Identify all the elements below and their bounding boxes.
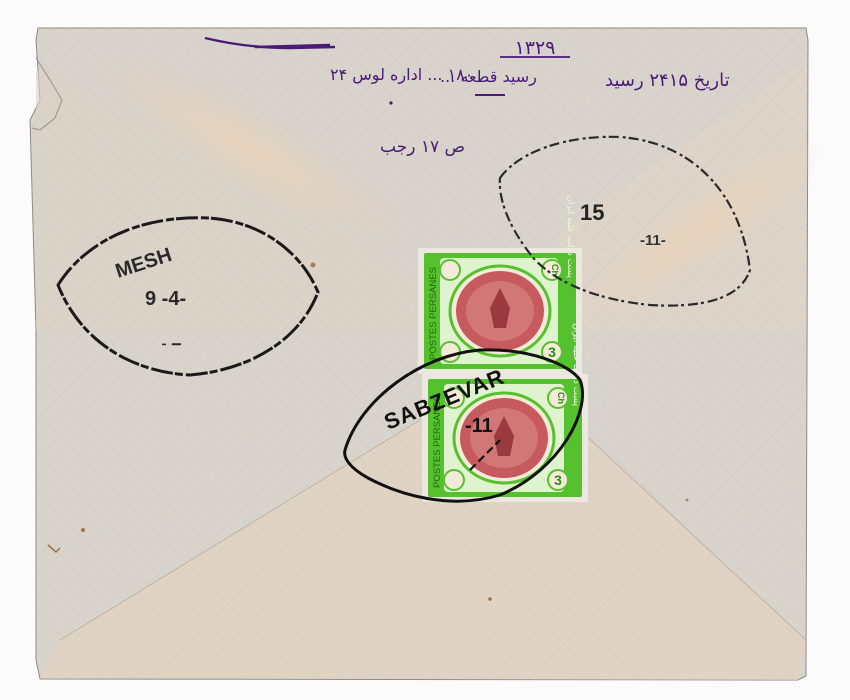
postmark-month: -11- — [640, 232, 666, 249]
stamp-persian-text: پست دولت علیه ایران — [565, 195, 575, 278]
stamp-unit: Ch — [550, 264, 560, 276]
postmark-day: 15 — [580, 200, 604, 225]
stamp-unit: Ch — [556, 392, 566, 404]
stamp-denomination: 3 — [548, 344, 556, 360]
stamp-denomination: 3 — [554, 472, 562, 488]
handwriting-year: ۱۳۲۹ — [515, 37, 556, 59]
stamp-persian-text: پست دولت علیه ایران — [571, 323, 581, 406]
postmark-lower: ـ ۔ — [160, 332, 181, 348]
stamp-label: POSTES PERSANES — [428, 267, 439, 360]
handwriting-line3: ص ۱۷ رجب — [380, 137, 465, 157]
handwriting-line2-left: ۱۸۰ ... اداره لوس ۲۴ — [330, 65, 473, 85]
postmark-date: 9 -4- — [145, 288, 186, 310]
postmark-date: -11 — [465, 415, 493, 437]
cover-photo: ۱۳۲۹ تاریخ ۲۴۱۵ رسید رسید قطعه ... ۱۸۰ .… — [0, 0, 850, 700]
handwriting-line2-right: تاریخ ۲۴۱۵ رسید — [605, 70, 730, 91]
